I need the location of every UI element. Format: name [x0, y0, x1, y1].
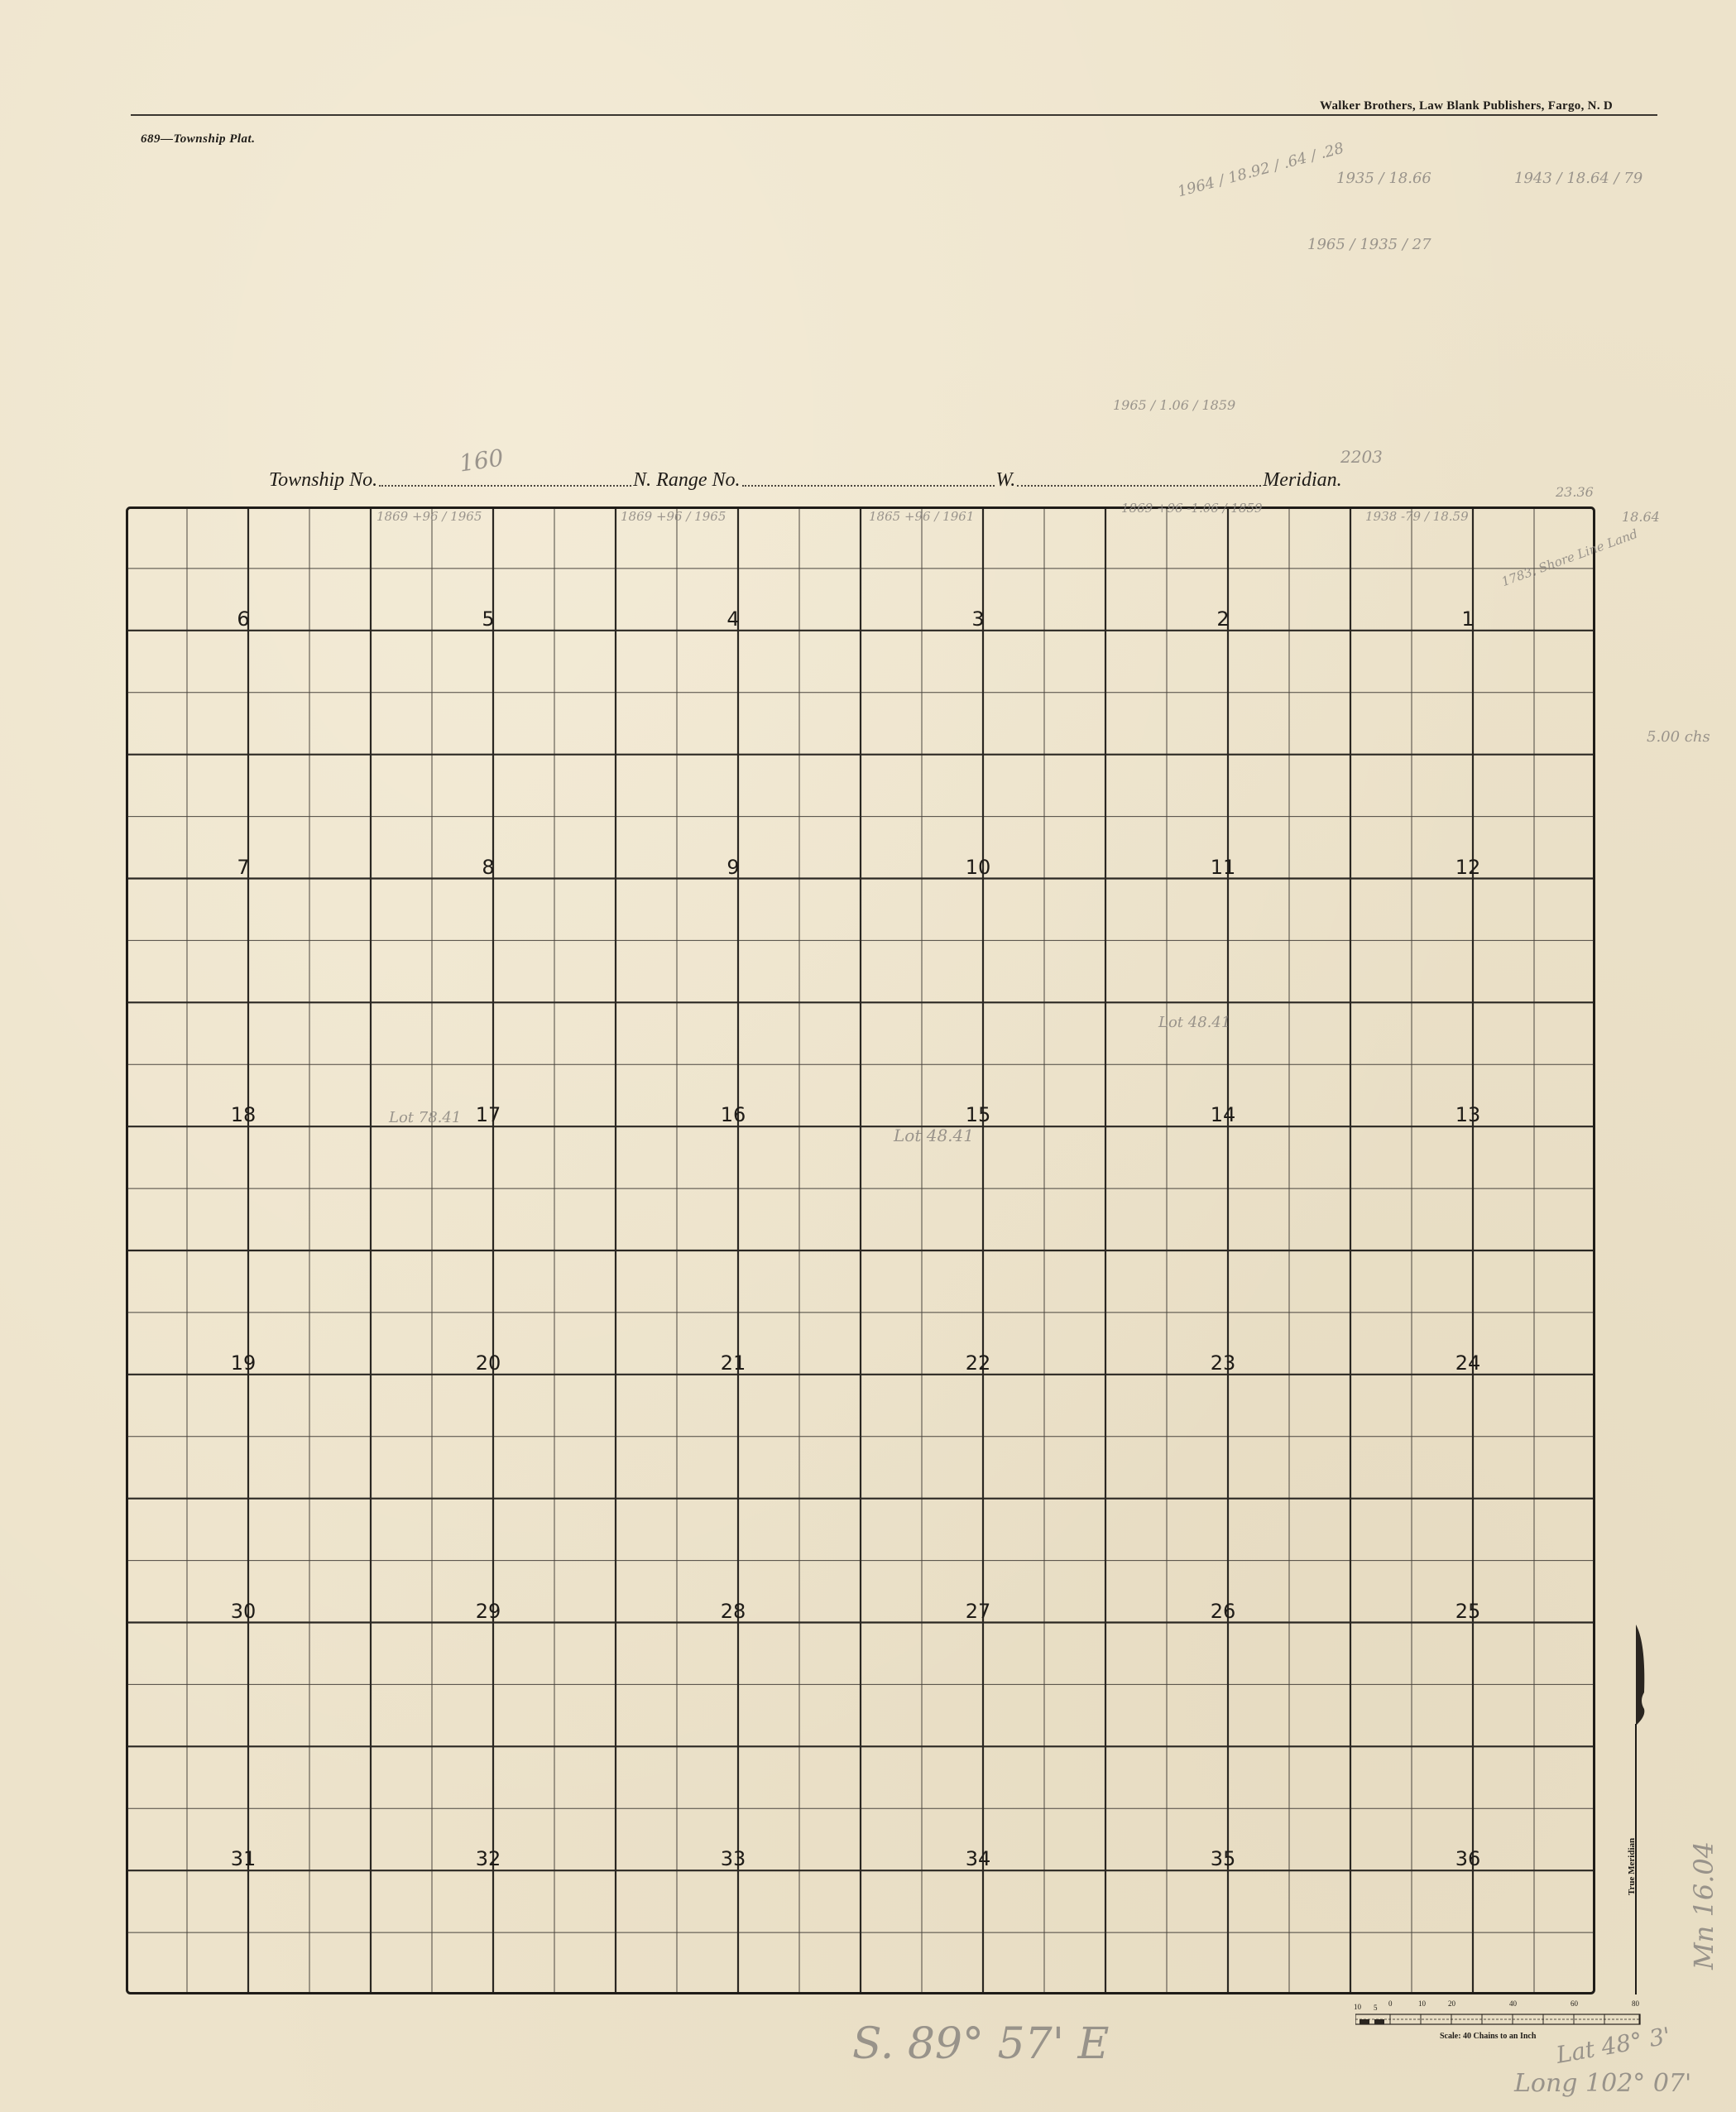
section-7-label: 7 — [237, 857, 249, 879]
meridian-field[interactable] — [1017, 484, 1261, 487]
magnetic-declination-note: Mn 16.04 — [1688, 1841, 1719, 1970]
section-24-label: 24 — [1455, 1353, 1481, 1375]
section-26-label: 26 — [1211, 1601, 1236, 1623]
section-32-label: 32 — [476, 1849, 501, 1870]
longitude-note: Long 102° 07' — [1514, 2069, 1691, 2098]
scale-tick-10-left: 10 — [1354, 2003, 1361, 2011]
top-calc-3: 1943 / 18.64 / 79 — [1514, 170, 1642, 187]
north-arrow-icon — [1626, 1618, 1651, 1994]
section-13-label: 13 — [1455, 1105, 1481, 1126]
scale-tick-5: 5 — [1374, 2004, 1378, 2012]
meridian-label: Meridian. — [1263, 469, 1341, 492]
section-28-label: 28 — [721, 1601, 746, 1623]
section-8-label: 8 — [482, 857, 494, 879]
top-calc-1: 1964 / 18.92 / .64 / .28 — [1176, 140, 1346, 201]
section-35-label: 35 — [1211, 1849, 1236, 1870]
sec6-top-calc: 1869 +96 / 1965 — [376, 509, 482, 524]
form-title: 689—Township Plat. — [141, 132, 255, 146]
section-15-label: 15 — [966, 1105, 991, 1126]
section-1-label: 1 — [1461, 609, 1474, 631]
section-14-label: 14 — [1211, 1105, 1236, 1126]
top-calc-4: 1965 / 1935 / 27 — [1307, 236, 1431, 253]
bearing-note: S. 89° 57' E — [852, 2019, 1109, 2069]
true-meridian-label: True Meridian — [1627, 1838, 1637, 1895]
publisher-credit: Walker Brothers, Law Blank Publishers, F… — [1320, 99, 1613, 113]
section-31-label: 31 — [231, 1849, 257, 1870]
sec14-lot-note: Lot 48.41 — [1158, 1014, 1230, 1031]
section-20-label: 20 — [476, 1353, 501, 1375]
range-number-field[interactable] — [742, 484, 995, 487]
sec2-top-calc: 1869 +96 -1.06 / 1859 — [1121, 501, 1263, 516]
section-16-label: 16 — [721, 1105, 746, 1126]
sec1-corner-note: 23.36 — [1556, 484, 1594, 500]
sec1-edge-note: 18.64 — [1622, 509, 1660, 525]
scale-tick-20: 20 — [1448, 1999, 1455, 2008]
section-2-label: 2 — [1216, 609, 1229, 631]
section-17-label: 17 — [476, 1105, 501, 1126]
section-12-label: 12 — [1455, 857, 1481, 879]
section-22-label: 22 — [966, 1353, 991, 1375]
range-label: N. Range No. — [633, 469, 740, 492]
section-25-label: 25 — [1455, 1601, 1481, 1623]
scale-tick-0: 0 — [1388, 1999, 1393, 2008]
township-number-field[interactable] — [379, 484, 631, 487]
section-3-label: 3 — [971, 609, 984, 631]
sec4-top-calc: 1869 +96 / 1965 — [621, 509, 726, 524]
section-10-label: 10 — [966, 857, 991, 879]
header-rule — [131, 114, 1657, 116]
section-19-label: 19 — [231, 1353, 257, 1375]
section-30-label: 30 — [231, 1601, 257, 1623]
grid-lines — [126, 506, 1595, 1994]
township-label: Township No. — [269, 469, 377, 492]
section-33-label: 33 — [721, 1849, 746, 1870]
section-18-label: 18 — [231, 1105, 257, 1126]
section-5-label: 5 — [482, 609, 494, 631]
top-calc-6: 2203 — [1340, 447, 1383, 467]
section-6-label: 6 — [237, 609, 249, 631]
scale-tick-10: 10 — [1418, 1999, 1426, 2008]
sec1-top-calc: 1938 -79 / 18.59 — [1365, 509, 1469, 524]
top-calc-5: 1965 / 1.06 / 1859 — [1113, 397, 1235, 413]
scale-tick-60: 60 — [1571, 1999, 1578, 2008]
top-calc-2: 1935 / 18.66 — [1336, 170, 1431, 187]
sec15-lot-note: Lot 48.41 — [894, 1126, 974, 1145]
sec1-chains-note: 5.00 chs — [1647, 728, 1710, 746]
section-29-label: 29 — [476, 1601, 501, 1623]
sec17-lot-note: Lot 78.41 — [389, 1109, 461, 1126]
scale-tick-40: 40 — [1509, 1999, 1517, 2008]
section-36-label: 36 — [1455, 1849, 1481, 1870]
section-34-label: 34 — [966, 1849, 991, 1870]
section-9-label: 9 — [727, 857, 739, 879]
scale-bar — [1355, 2011, 1641, 2031]
section-4-label: 4 — [727, 609, 739, 631]
sec3-top-calc: 1865 +96 / 1961 — [869, 509, 974, 524]
scale-tick-80: 80 — [1632, 1999, 1639, 2008]
scale-label: Scale: 40 Chains to an Inch — [1440, 2032, 1536, 2041]
section-27-label: 27 — [966, 1601, 991, 1623]
section-23-label: 23 — [1211, 1353, 1236, 1375]
township-grid: 6543217891011121817161514131920212223243… — [126, 506, 1595, 1994]
section-21-label: 21 — [721, 1353, 746, 1375]
section-11-label: 11 — [1211, 857, 1236, 879]
direction-label: W. — [996, 469, 1016, 492]
